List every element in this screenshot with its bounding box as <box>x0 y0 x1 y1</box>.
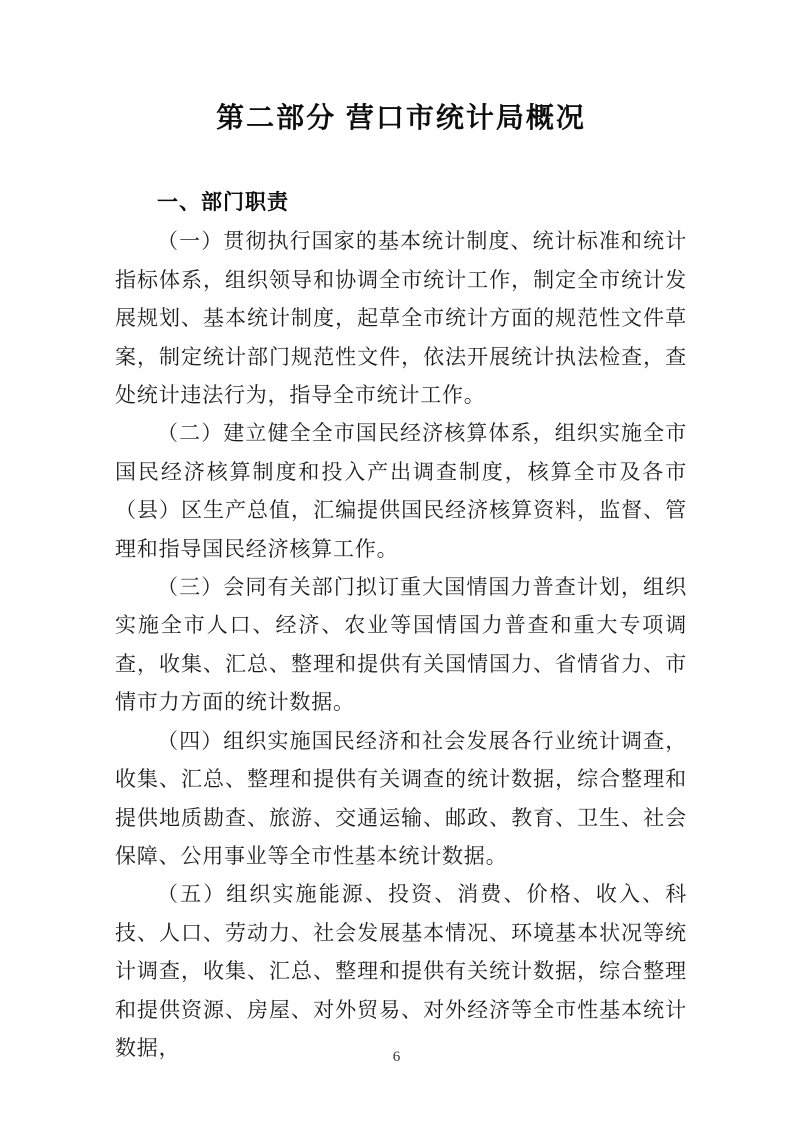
body-text: （一）贯彻执行国家的基本统计制度、统计标准和统计指标体系，组织领导和协调全市统计… <box>115 222 687 1067</box>
paragraph-1: （一）贯彻执行国家的基本统计制度、统计标准和统计指标体系，组织领导和协调全市统计… <box>115 222 687 414</box>
paragraph-3: （三）会同有关部门拟订重大国情国力普查计划，组织实施全市人口、经济、农业等国情国… <box>115 568 687 722</box>
document-content: 第二部分 营口市统计局概况 一、部门职责 （一）贯彻执行国家的基本统计制度、统计… <box>115 0 687 1067</box>
paragraph-2: （二）建立健全全市国民经济核算体系，组织实施全市国民经济核算制度和投入产出调查制… <box>115 414 687 568</box>
document-page: 第二部分 营口市统计局概况 一、部门职责 （一）贯彻执行国家的基本统计制度、统计… <box>0 0 793 1122</box>
section-heading: 一、部门职责 <box>115 184 687 222</box>
document-title: 第二部分 营口市统计局概况 <box>115 0 687 136</box>
page-number: 6 <box>0 1049 793 1066</box>
paragraph-4: （四）组织实施国民经济和社会发展各行业统计调查，收集、汇总、整理和提供有关调查的… <box>115 722 687 876</box>
paragraph-5: （五）组织实施能源、投资、消费、价格、收入、科技、人口、劳动力、社会发展基本情况… <box>115 875 687 1067</box>
